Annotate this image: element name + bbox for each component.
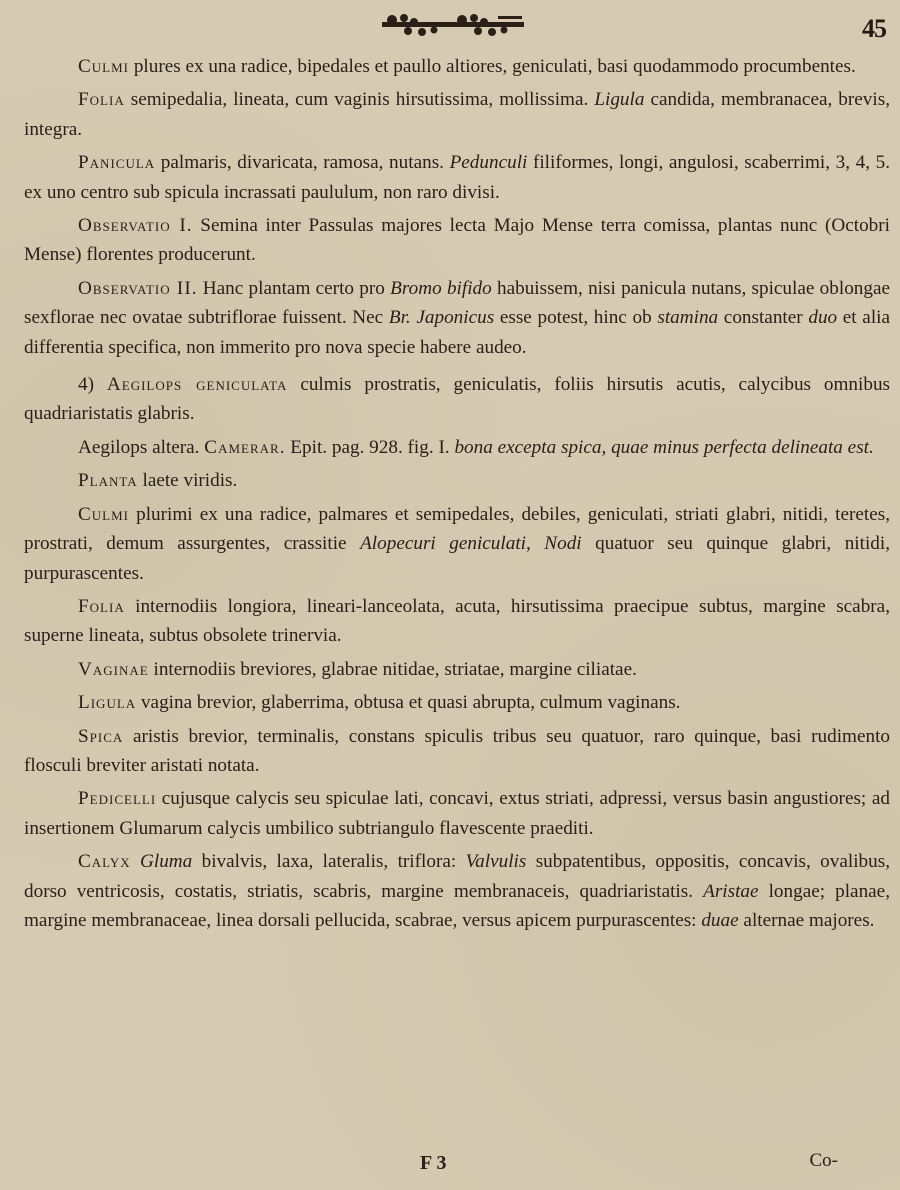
signature-mark: F 3 (420, 1152, 446, 1175)
section-lead: Panicula (78, 152, 155, 173)
section-lead: Observatio I. (78, 215, 193, 236)
paragraph-calyx: Calyx Gluma bivalvis, laxa, lateralis, t… (24, 847, 890, 935)
paragraph-vaginae: Vaginae internodiis breviores, glabrae n… (24, 655, 890, 684)
section-lead: Observatio II. (78, 278, 198, 299)
paragraph-spica: Spica aristis brevior, terminalis, const… (24, 722, 890, 781)
section-lead: Culmi (78, 504, 129, 525)
paragraph-planta: Planta laete viridis. (24, 466, 890, 495)
section-lead: Planta (78, 470, 138, 491)
page-number: 45 (862, 14, 886, 44)
body-text: Culmi plures ex una radice, bipedales et… (24, 52, 890, 939)
section-lead: Vaginae (78, 659, 149, 680)
paragraph-culmi: Culmi plures ex una radice, bipedales et… (24, 52, 890, 81)
paragraph-ligula: Ligula vagina brevior, glaberrima, obtus… (24, 688, 890, 717)
section-lead: Folia (78, 89, 125, 110)
paragraph-observatio-1: Observatio I. Semina inter Passulas majo… (24, 211, 890, 270)
section-lead: Pedicelli (78, 788, 156, 809)
paragraph-panicula: Panicula palmaris, divaricata, ramosa, n… (24, 148, 890, 207)
section-lead: Culmi (78, 56, 129, 77)
catchword: Co- (810, 1150, 839, 1172)
section-lead: Ligula (78, 692, 136, 713)
paragraph-folia: Folia semipedalia, lineata, cum vaginis … (24, 85, 890, 144)
paragraph-pedicelli: Pedicelli cujusque calycis seu spiculae … (24, 784, 890, 843)
paragraph-synonym: Aegilops altera. Camerar. Epit. pag. 928… (24, 433, 890, 462)
section-lead: Spica (78, 726, 123, 747)
section-lead: Folia (78, 596, 125, 617)
author-citation: Camerar. (204, 437, 285, 458)
paragraph-observatio-2: Observatio II. Hanc plantam certo pro Br… (24, 274, 890, 362)
paragraph-folia-2: Folia internodiis longiora, lineari-lanc… (24, 592, 890, 651)
species-name: Aegilops geniculata (107, 374, 288, 395)
floral-headpiece-icon (378, 12, 528, 38)
paragraph-species-heading: 4) Aegilops geniculata culmis prostratis… (24, 370, 890, 429)
book-page: 45 Culmi plures ex una radice, bipedales… (0, 0, 900, 1190)
paragraph-culmi-2: Culmi plurimi ex una radice, palmares et… (24, 500, 890, 588)
section-lead: Calyx (78, 851, 131, 872)
